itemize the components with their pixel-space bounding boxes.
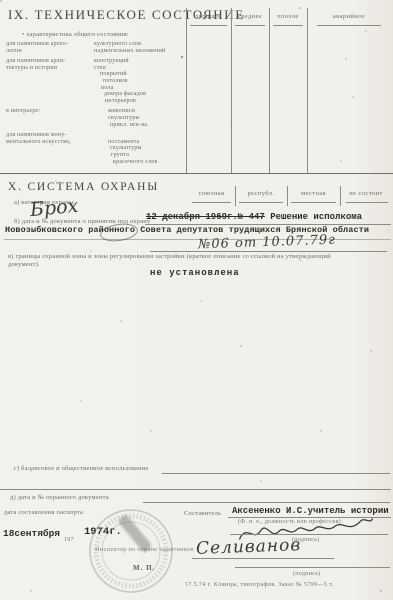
round-stamp	[88, 508, 174, 594]
fill-in-line	[0, 489, 391, 490]
passport-day-month: 18сентября	[3, 528, 60, 539]
item-value: потолков	[94, 78, 128, 85]
item-value: скульптуры	[94, 115, 140, 122]
list-item: для памятников архи-конструкций	[6, 58, 186, 65]
item-value: конструкций	[94, 58, 129, 65]
item-value: красочного слоя	[94, 159, 157, 166]
item-value: постамента	[94, 139, 139, 146]
item-value: живописи	[94, 108, 135, 115]
item-value: надмогильных наложений	[94, 48, 165, 55]
list-item: тектуры и историистен	[6, 65, 186, 72]
inspector-signature-name: Селиванов	[196, 535, 302, 559]
item-label: ментального искусства,	[6, 139, 94, 146]
category-underline	[239, 202, 283, 203]
zone-label-line1: в) границы охранной зоны и зоны регулиро…	[8, 253, 393, 260]
category-republic: республ.	[237, 190, 285, 197]
item-value: скульптуры	[94, 145, 142, 152]
balance-use-label: г) балансовое и общественное использован…	[14, 465, 149, 472]
item-label: логии	[6, 48, 94, 55]
item-label: для памятников архи-	[6, 58, 94, 65]
list-item: в интерьере:живописи	[6, 108, 186, 115]
signature-line	[230, 534, 388, 535]
fill-in-line	[162, 473, 390, 474]
signature-caption: (подпись)	[293, 571, 321, 577]
list-item: для памятников мону-	[6, 132, 186, 139]
category-union: союзная	[190, 190, 233, 197]
section-divider-line	[0, 173, 393, 174]
fill-in-line	[143, 502, 390, 503]
category-separator-line	[287, 186, 288, 206]
header-underline	[235, 25, 265, 26]
handwritten-word: Брох	[29, 195, 79, 221]
fill-in-line	[145, 224, 391, 225]
protection-date-label: д) дата и № охранного документа	[10, 494, 109, 501]
category-separator-line	[340, 186, 341, 206]
header-underline	[190, 25, 227, 26]
zone-label-line2: документ).	[8, 261, 40, 268]
category-underline	[192, 202, 231, 203]
header-underline	[273, 25, 303, 26]
item-label: в интерьере:	[6, 108, 94, 115]
list-item: красочного слоя	[6, 159, 186, 166]
header-underline	[317, 25, 381, 26]
category-none: не состоит	[342, 190, 390, 197]
paper-specks	[0, 0, 2, 2]
signature-line	[192, 558, 334, 559]
item-value: прикл. иск-ва	[94, 122, 147, 129]
table-column-line	[269, 8, 270, 173]
decision-text: Решение исполкома	[265, 212, 362, 222]
column-header-bad: плохое	[271, 13, 305, 20]
category-separator-line	[235, 186, 236, 206]
compiler-label: Составитель	[184, 510, 221, 517]
list-item: скульптуры	[6, 145, 186, 152]
section-ix-subtitle: • характеристика общего состояния:	[22, 31, 129, 38]
section-x-title: X. СИСТЕМА ОХРАНЫ	[8, 181, 159, 193]
category-underline	[291, 202, 336, 203]
table-column-line	[231, 8, 232, 173]
list-item: скульптуры	[6, 115, 186, 122]
item-value: декора фасадов	[94, 91, 146, 98]
column-header-average: среднее	[233, 13, 267, 20]
monument-passport-scan: IX. ТЕХНИЧЕСКОЕ СОСТОЯНИЕ • характеристи…	[0, 0, 393, 600]
list-item: логиинадмогильных наложений	[6, 48, 186, 55]
list-item: прикл. иск-ва	[6, 122, 186, 129]
item-label: для памятников архео-	[6, 41, 94, 48]
signature-line	[235, 567, 390, 568]
column-header-emergency: аварийное	[309, 13, 389, 20]
fill-in-line	[150, 251, 387, 252]
item-value: грунта	[94, 152, 129, 159]
list-item: интерьеров	[6, 98, 186, 105]
table-column-line	[186, 8, 187, 173]
item-label: тектуры и истории	[6, 65, 94, 72]
item-value: культурного слоя	[94, 41, 141, 48]
list-item: ментального искусства,постамента	[6, 139, 186, 146]
item-label: для памятников мону-	[6, 132, 94, 139]
condition-criteria-list: для памятников архео-культурного слоя ло…	[6, 41, 186, 165]
passport-date-label: дата составления паспорта	[4, 509, 83, 516]
list-item: для памятников архео-культурного слоя	[6, 41, 186, 48]
list-item: покрытий	[6, 71, 186, 78]
category-local: местная	[289, 190, 338, 197]
list-item: потолков	[6, 78, 186, 85]
item-value: покрытий	[94, 71, 127, 78]
column-header-good: хорошее	[188, 13, 229, 20]
preprinted-year-stub: 197	[64, 537, 74, 543]
handwritten-doc-number: №06 от 10.07.79г	[198, 233, 336, 253]
table-column-line	[307, 8, 308, 173]
protection-doc-typed-line1: 12 декабря 1969г.№ 447 Решение исполкома	[146, 212, 362, 222]
category-underline	[346, 202, 388, 203]
print-imprint: 17.5.74 г. Клинцы, типография. Заказ № 5…	[185, 582, 334, 588]
list-item: декора фасадов	[6, 91, 186, 98]
zone-value-typed: не установлена	[150, 268, 240, 278]
struck-date-number: 12 декабря 1969г.№ 447	[146, 212, 265, 222]
list-item: грунта	[6, 152, 186, 159]
item-value: интерьеров	[94, 98, 136, 105]
list-item: пола	[6, 85, 186, 92]
